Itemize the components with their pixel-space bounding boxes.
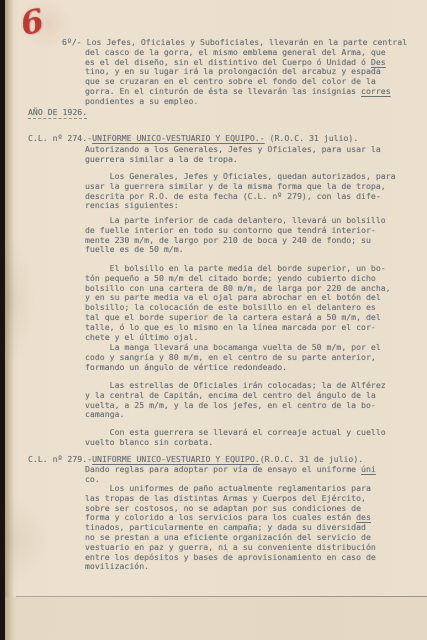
- year-heading: AÑO DE 1926.: [28, 108, 87, 118]
- paragraph-estrellas: Las estrellas de Oficiales irán colocada…: [85, 381, 427, 420]
- paragraph-correaje: Con esta guerrera se llevará el correaje…: [85, 428, 427, 448]
- paragraph-uniformes: Los uniformes de paño actualmente reglam…: [85, 484, 427, 572]
- cl-279-title: UNIFORME UNICO-VESTUARIO Y EQUIPO.: [92, 454, 260, 464]
- cl-274-label: C.L. nº 274.-: [28, 133, 92, 143]
- text-line: vuelto blanco sin corbata.: [85, 438, 427, 448]
- text-line: vuelta, a 25 m/m, y la de los jefes, en …: [85, 401, 427, 411]
- paragraph-generales: Los Generales, Jefes y Oficiales, quedan…: [85, 172, 427, 211]
- red-stamp-number: 6: [17, 1, 47, 43]
- text-line: formando un ángulo de vértice redondeado…: [85, 363, 427, 373]
- cl-279-title-rest: (R.O.C. 31 de julio).: [260, 454, 364, 464]
- text-line: Dando reglas para adoptar por vía de ens…: [85, 465, 427, 475]
- paragraph-parte-inferior: La parte inferior de cada delantero, lle…: [85, 216, 427, 255]
- cl-274-title-rest: (R.O.C. 31 julio).: [265, 133, 359, 143]
- text-line: rencias siguientes:: [85, 201, 427, 211]
- cl-279-summary: Dando reglas para adoptar por vía de ens…: [85, 465, 427, 485]
- cl-274-heading: C.L. nº 274.-UNIFORME UNICO-VESTUARIO Y …: [28, 134, 358, 144]
- paragraph-manga: La manga llevará una bocamanga vuelta de…: [85, 343, 427, 372]
- text-line: pondientes a su empleo.: [62, 97, 422, 107]
- paragraph-bolsillo: El bolsillo en la parte media del borde …: [85, 264, 427, 342]
- backing-surface: [5, 597, 427, 640]
- item-6-paragraph: 6º/- Los Jefes, Oficiales y Suboficiales…: [62, 38, 422, 107]
- text-line: fuelle es de 50 m/m.: [85, 245, 427, 255]
- text-line: movilización.: [85, 562, 427, 572]
- text-line: camanga.: [85, 410, 427, 420]
- year-heading-text: AÑO DE 1926.: [28, 107, 87, 119]
- cl-274-title: UNIFORME UNICO-VESTUARIO Y EQUIPO.-: [92, 133, 265, 143]
- document-page: 6 6º/- Los Jefes, Oficiales y Suboficial…: [0, 0, 427, 640]
- text-line: guerrera similar a la de tropa.: [85, 155, 427, 165]
- page-edge-shadow: [5, 0, 14, 640]
- cl-274-summary: Autorizando a los Generales, Jefes y Ofi…: [85, 145, 427, 165]
- cl-279-label: C.L. nº 279.-: [28, 454, 92, 464]
- text-line: chete y el último ojal.: [85, 333, 427, 343]
